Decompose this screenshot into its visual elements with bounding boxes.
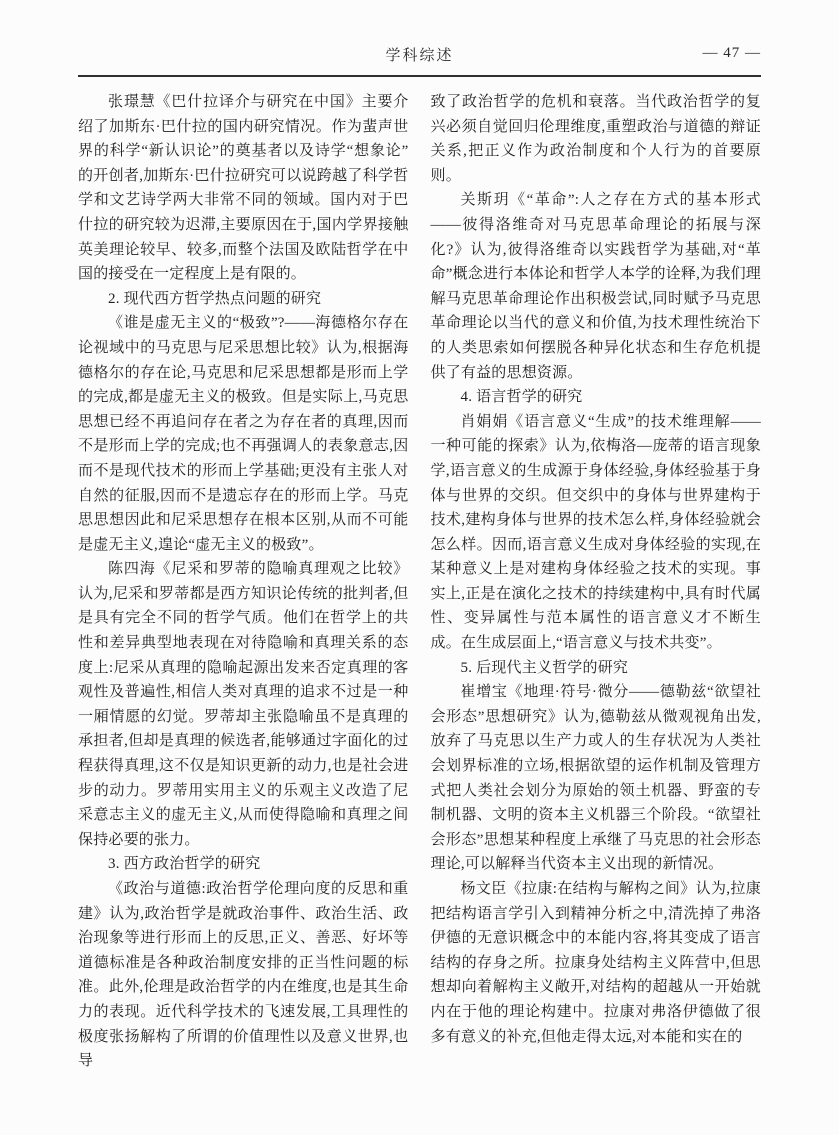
article-body: 张璟慧《巴什拉译介与研究在中国》主要介绍了加斯东·巴什拉的国内研究情况。作为蜚声… [78, 90, 761, 1074]
paragraph: 关斯玥《“革命”:人之存在方式的基本形式——彼得洛维奇对马克思革命理论的拓展与深… [431, 188, 762, 385]
paragraph: 崔增宝《地理·符号·微分——德勒兹“欲望社会形态”思想研究》认为,德勒兹从微观视… [431, 680, 762, 877]
section-heading: 3. 西方政治哲学的研究 [78, 852, 409, 877]
paragraph: 杨文臣《拉康:在结构与解构之间》认为,拉康把结构语言学引入到精神分析之中,清洗掉… [431, 877, 762, 1049]
section-heading: 2. 现代西方哲学热点问题的研究 [78, 287, 409, 312]
paragraph: 《政治与道德:政治哲学伦理向度的反思和重建》认为,政治哲学是就政治事件、政治生活… [78, 877, 409, 1074]
page-number: — 47 — [703, 45, 762, 62]
section-heading: 4. 语言哲学的研究 [431, 385, 762, 410]
left-column: 张璟慧《巴什拉译介与研究在中国》主要介绍了加斯东·巴什拉的国内研究情况。作为蜚声… [78, 90, 409, 1074]
header-rule [78, 75, 761, 77]
right-column: 致了政治哲学的危机和衰落。当代政治哲学的复兴必须自觉回归伦理维度,重塑政治与道德… [431, 90, 762, 1074]
paragraph: 《谁是虚无主义的“极致”?——海德格尔存在论视域中的马克思与尼采思想比较》认为,… [78, 311, 409, 557]
paragraph: 致了政治哲学的危机和衰落。当代政治哲学的复兴必须自觉回归伦理维度,重塑政治与道德… [431, 90, 762, 188]
paragraph: 陈四海《尼采和罗蒂的隐喻真理观之比较》认为,尼采和罗蒂都是西方知识论传统的批判者… [78, 557, 409, 852]
page-header: 学科综述 — 47 — [78, 44, 761, 66]
journal-page: 学科综述 — 47 — 张璟慧《巴什拉译介与研究在中国》主要介绍了加斯东·巴什拉… [0, 0, 839, 1135]
section-heading: 5. 后现代主义哲学的研究 [431, 656, 762, 681]
paragraph: 肖娟娟《语言意义“生成”的技术维理解——一种可能的探索》认为,依梅洛—庞蒂的语言… [431, 410, 762, 656]
paragraph: 张璟慧《巴什拉译介与研究在中国》主要介绍了加斯东·巴什拉的国内研究情况。作为蜚声… [78, 90, 409, 287]
running-head-title: 学科综述 [78, 44, 761, 65]
